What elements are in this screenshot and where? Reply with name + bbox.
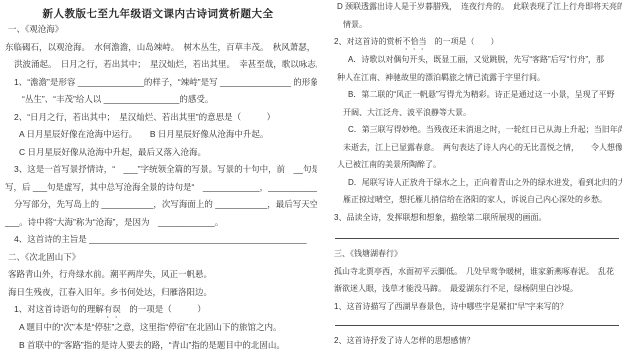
continuation-line: D 颈联透露出诗人是于岁暮腊残， 连夜行舟的。 此联表现了江上行舟即将天亮的 (333, 0, 622, 16)
left-column: 一、《观沧海》 东临碣石，以观沧海。 水何澹澹，山岛竦峙。 树木丛生，百草丰茂。… (4, 21, 317, 354)
question-line: 2、这首诗抒发了诗人怎样的思想感情？ (333, 332, 622, 350)
poem-line: 客路青山外，行舟绿水前。潮平两岸失，风正一帆悬。 (4, 266, 317, 284)
continuation-line: 情景。 (333, 16, 622, 34)
question-line: 4、这首诗的主旨是 ______________________________… (4, 231, 317, 249)
option-line: D．尾联写诗人正放舟于绿水之上，正向着青山之外的绿水进发，看到北归的大 (333, 174, 622, 192)
option-line: C．第三联写得妙绝。当残夜还未消退之时，一轮红日已从海上升起；当旧年尚 (333, 121, 622, 139)
option-line: C 日月星辰好像从沧海中升起，最后又落入沧海。 (4, 144, 317, 162)
question-line: 1、这首诗描写了西湖早春景色，诗中哪些字是紧扣“早”字来写的？ (333, 298, 622, 316)
section-heading: 一、《观沧海》 (4, 21, 317, 39)
section-divider (335, 238, 619, 239)
emphasized-text: 有误 (104, 304, 121, 314)
text-run: 的一项是（ ） (426, 37, 498, 46)
question-line: 1、“澹澹”是形容 ______________的样子，“竦峙”是写 _____… (4, 74, 317, 92)
question-line: 2、对这首诗的赏析不恰当 的一项是（ ） (333, 33, 622, 51)
section-heading: 二、《次北固山下》 (4, 249, 317, 267)
text-run: 的一项是（ ） (121, 304, 206, 314)
poem-line: 洪波涌起。 日月之行，若出其中； 星汉灿烂，若出其里。 幸甚至哉，歌以咏志。 (4, 56, 317, 74)
poem-line: 海日生残夜，江春入旧年。乡书何处达，归雁洛阳边。 (4, 284, 317, 302)
continuation-line: 种人在江南、神驰故里的漂泊羁旅之情已流露于字里行间。 (333, 69, 622, 87)
option-line: A 题目中的“次”本是“停驻”之意，这里指“停宿”在北固山下的旅馆之内。 (4, 319, 317, 337)
text-run: 2、对这首诗的赏析 (334, 37, 402, 46)
poem-line: 孤山寺北贾亭西，水面初平云脚低。 几处早莺争暖树，谁家新燕啄春泥。 乱花 (333, 263, 622, 281)
question-line: 1、对这首诗语句的理解有误 的一项是（ ） (4, 301, 317, 319)
question-line: 2、“日月之行，若出其中； 星汉灿烂、若出其里”的意思是（ ） (4, 109, 317, 127)
option-line: B．第二联的“风正一帆悬”写得尤为精彩。诗正是通过这一小景，呈现了平野 (333, 86, 622, 104)
poem-line: 渐欲迷人眼，浅草才能没马蹄。 最爱湖东行不足，绿杨阴里白沙堤。 (333, 280, 622, 298)
continuation-line: 开阔、大江泛舟、波平浪静等大景。 (333, 104, 622, 122)
continuation-line: ___。诗中将“大海”称为“沧海”，是因为 ____________。 (4, 214, 317, 232)
question-line: 3、这是一首写景抒情诗，“ ___”字统领全篇的写景。写景的十句中，前 __句是… (4, 161, 317, 179)
page-title: 新人教版七至九年级语文课内古诗词赏析题大全 (0, 6, 316, 21)
question-line: 3、品读全诗，发挥联想和想象，描绘第二联所展现的画面。 (333, 209, 622, 227)
text-run: 1、对这首诗语句的理解 (14, 304, 104, 314)
continuation-line: 人已被江南的美景所陶醉了。 (333, 156, 622, 174)
continuation-line: “丛生”、“丰茂”给人以 ________________的感受。 (4, 91, 317, 109)
right-column: D 颈联透露出诗人是于岁暮腊残， 连夜行舟的。 此联表现了江上行舟即将天亮的 情… (333, 0, 622, 350)
section-heading: 三、《钱塘湖春行》 (333, 245, 622, 263)
continuation-line: 未逝去，江上已显露春意。 两句表达了诗人内心的无比喜悦之情， 令人想像到诗 (333, 139, 622, 157)
continuation-line: 分写部分，先写岛上的 ___________，次写海面上的 __________… (4, 196, 317, 214)
emphasized-text: 不恰当 (402, 37, 426, 46)
poem-line: 东临碣石，以观沧海。 水何澹澹，山岛竦峙。 树木丛生，百草丰茂。 秋风萧瑟， (4, 39, 317, 57)
option-line: A．诗歌以对偶句开头，既显工丽，又觉跳脱，先写“客路”后写“行舟”，那 (333, 51, 622, 69)
continuation-line: 写，后 ___句是虚写，其中总写沧海全景的诗句是“ ____________，_… (4, 179, 317, 197)
continuation-line: 雁正掠过晴空，想托雁儿捎信给在洛阳的家人，诉说自己内心深处的乡愁。 (333, 191, 622, 209)
worksheet-page: 新人教版七至九年级语文课内古诗词赏析题大全 一、《观沧海》 东临碣石，以观沧海。… (0, 0, 640, 360)
section-divider (335, 325, 619, 326)
option-line: B 首联中的“客路”指的是诗人要去的路，“青山”指的是题目中的北固山。 (4, 337, 317, 355)
option-line: A 日月星辰好像在沧海中运行。 B 日月星辰好像从沧海中升起。 (4, 126, 317, 144)
